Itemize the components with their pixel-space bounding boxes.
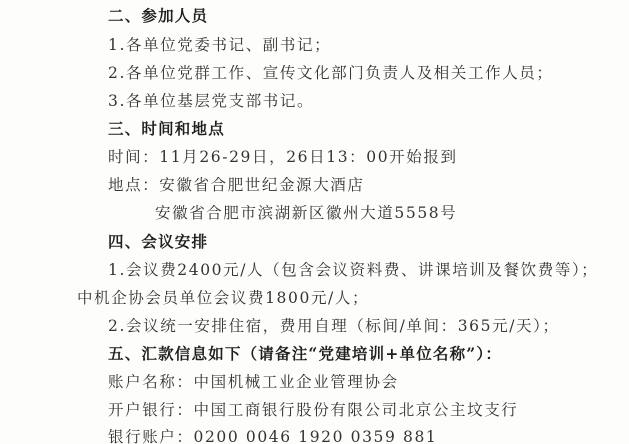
section-heading-time-location: 三、时间和地点 <box>108 119 225 139</box>
participant-item-1: 1.各单位党委书记、副书记； <box>108 35 331 55</box>
section-heading-remittance: 五、汇款信息如下（请备注“党建培训+单位名称”）： <box>108 344 502 364</box>
accommodation-item: 2.会议统一安排住宿，费用自理（标间/单间：365元/天）； <box>108 316 560 336</box>
account-number-text: 银行账户：0200 0046 1920 0359 881 <box>108 427 437 444</box>
section-heading-arrangements: 四、会议安排 <box>108 232 208 252</box>
location-text: 地点：安徽省合肥世纪金源大酒店 <box>108 175 365 195</box>
member-fee-text: 中机企协会员单位会议费1800元/人； <box>77 288 369 308</box>
bank-name-text: 开户银行：中国工商银行股份有限公司北京公主坟支行 <box>108 400 518 420</box>
document-page: 二、参加人员 1.各单位党委书记、副书记； 2.各单位党群工作、宣传文化部门负责… <box>0 0 629 444</box>
time-text: 时间：11月26-29日，26日13：00开始报到 <box>108 147 458 167</box>
account-name-text: 账户名称：中国机械工业企业管理协会 <box>108 372 399 392</box>
section-heading-participants: 二、参加人员 <box>108 6 208 26</box>
location-address-text: 安徽省合肥市滨湖新区徽州大道5558号 <box>155 203 457 223</box>
participant-item-3: 3.各单位基层党支部书记。 <box>108 91 314 111</box>
fee-item-1: 1.会议费2400元/人（包含会议资料费、讲课培训及餐饮费等）； <box>108 260 598 280</box>
participant-item-2: 2.各单位党群工作、宣传文化部门负责人及相关工作人员； <box>108 63 554 83</box>
